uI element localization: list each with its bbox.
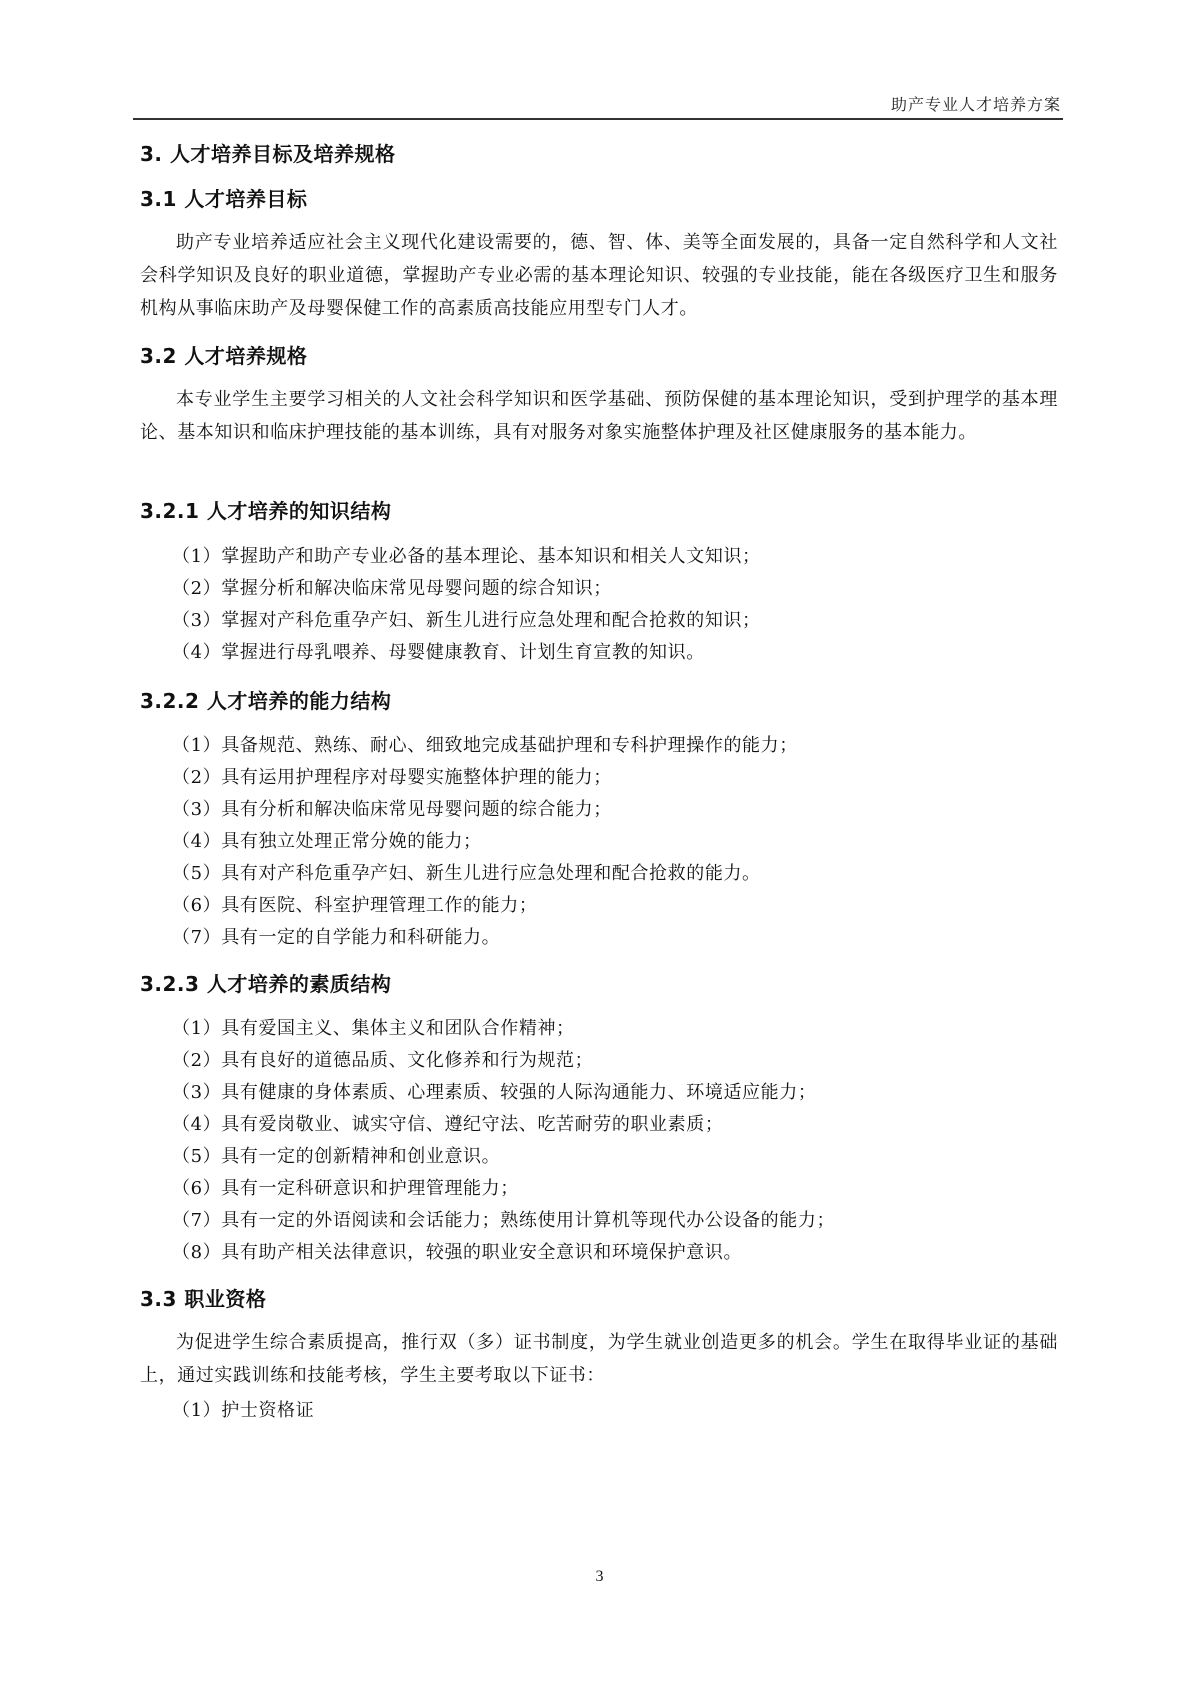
list-item: （4）掌握进行母乳喂养、母婴健康教育、计划生育宣教的知识。 [172,638,705,664]
list-item: （5）具有对产科危重孕产妇、新生儿进行应急处理和配合抢救的能力。 [172,859,761,885]
page-number: 3 [0,1568,1199,1586]
list-item: （6）具有医院、科室护理管理工作的能力； [172,891,537,917]
header-title: 助产专业人才培养方案 [891,92,1061,115]
list-item: （8）具有助产相关法律意识，较强的职业安全意识和环境保护意识。 [172,1238,742,1264]
paragraph-3-2: 本专业学生主要学习相关的人文社会科学知识和医学基础、预防保健的基本理论知识，受到… [140,383,1058,449]
list-item: （7）具有一定的外语阅读和会话能力；熟练使用计算机等现代办公设备的能力； [172,1206,835,1232]
heading-3-1: 3.1 人才培养目标 [140,183,307,212]
list-item: （1）护士资格证 [172,1396,314,1422]
list-item: （5）具有一定的创新精神和创业意识。 [172,1142,500,1168]
list-item: （7）具有一定的自学能力和科研能力。 [172,923,500,949]
heading-3-2-3: 3.2.3 人才培养的素质结构 [140,968,391,997]
paragraph-3-3: 为促进学生综合素质提高，推行双（多）证书制度，为学生就业创造更多的机会。学生在取… [140,1326,1058,1392]
heading-3-2: 3.2 人才培养规格 [140,340,307,369]
list-item: （2）掌握分析和解决临床常见母婴问题的综合知识； [172,574,612,600]
paragraph-3-1: 助产专业培养适应社会主义现代化建设需要的，德、智、体、美等全面发展的，具备一定自… [140,226,1058,325]
list-item: （3）具有分析和解决临床常见母婴问题的综合能力； [172,795,612,821]
heading-3: 3. 人才培养目标及培养规格 [140,138,395,167]
list-item: （2）具有良好的道德品质、文化修养和行为规范； [172,1046,593,1072]
list-item: （1）具备规范、熟练、耐心、细致地完成基础护理和专科护理操作的能力； [172,731,798,757]
list-item: （1）掌握助产和助产专业必备的基本理论、基本知识和相关人文知识； [172,542,761,568]
page-header: 助产专业人才培养方案 [133,92,1063,120]
heading-3-2-2: 3.2.2 人才培养的能力结构 [140,685,391,714]
list-item: （1）具有爱国主义、集体主义和团队合作精神； [172,1014,575,1040]
list-item: （4）具有爱岗敬业、诚实守信、遵纪守法、吃苦耐劳的职业素质； [172,1110,723,1136]
list-item: （6）具有一定科研意识和护理管理能力； [172,1174,519,1200]
list-item: （3）掌握对产科危重孕产妇、新生儿进行应急处理和配合抢救的知识； [172,606,761,632]
list-item: （3）具有健康的身体素质、心理素质、较强的人际沟通能力、环境适应能力； [172,1078,816,1104]
list-item: （2）具有运用护理程序对母婴实施整体护理的能力； [172,763,612,789]
heading-3-3: 3.3 职业资格 [140,1283,266,1312]
list-item: （4）具有独立处理正常分娩的能力； [172,827,482,853]
heading-3-2-1: 3.2.1 人才培养的知识结构 [140,495,391,524]
